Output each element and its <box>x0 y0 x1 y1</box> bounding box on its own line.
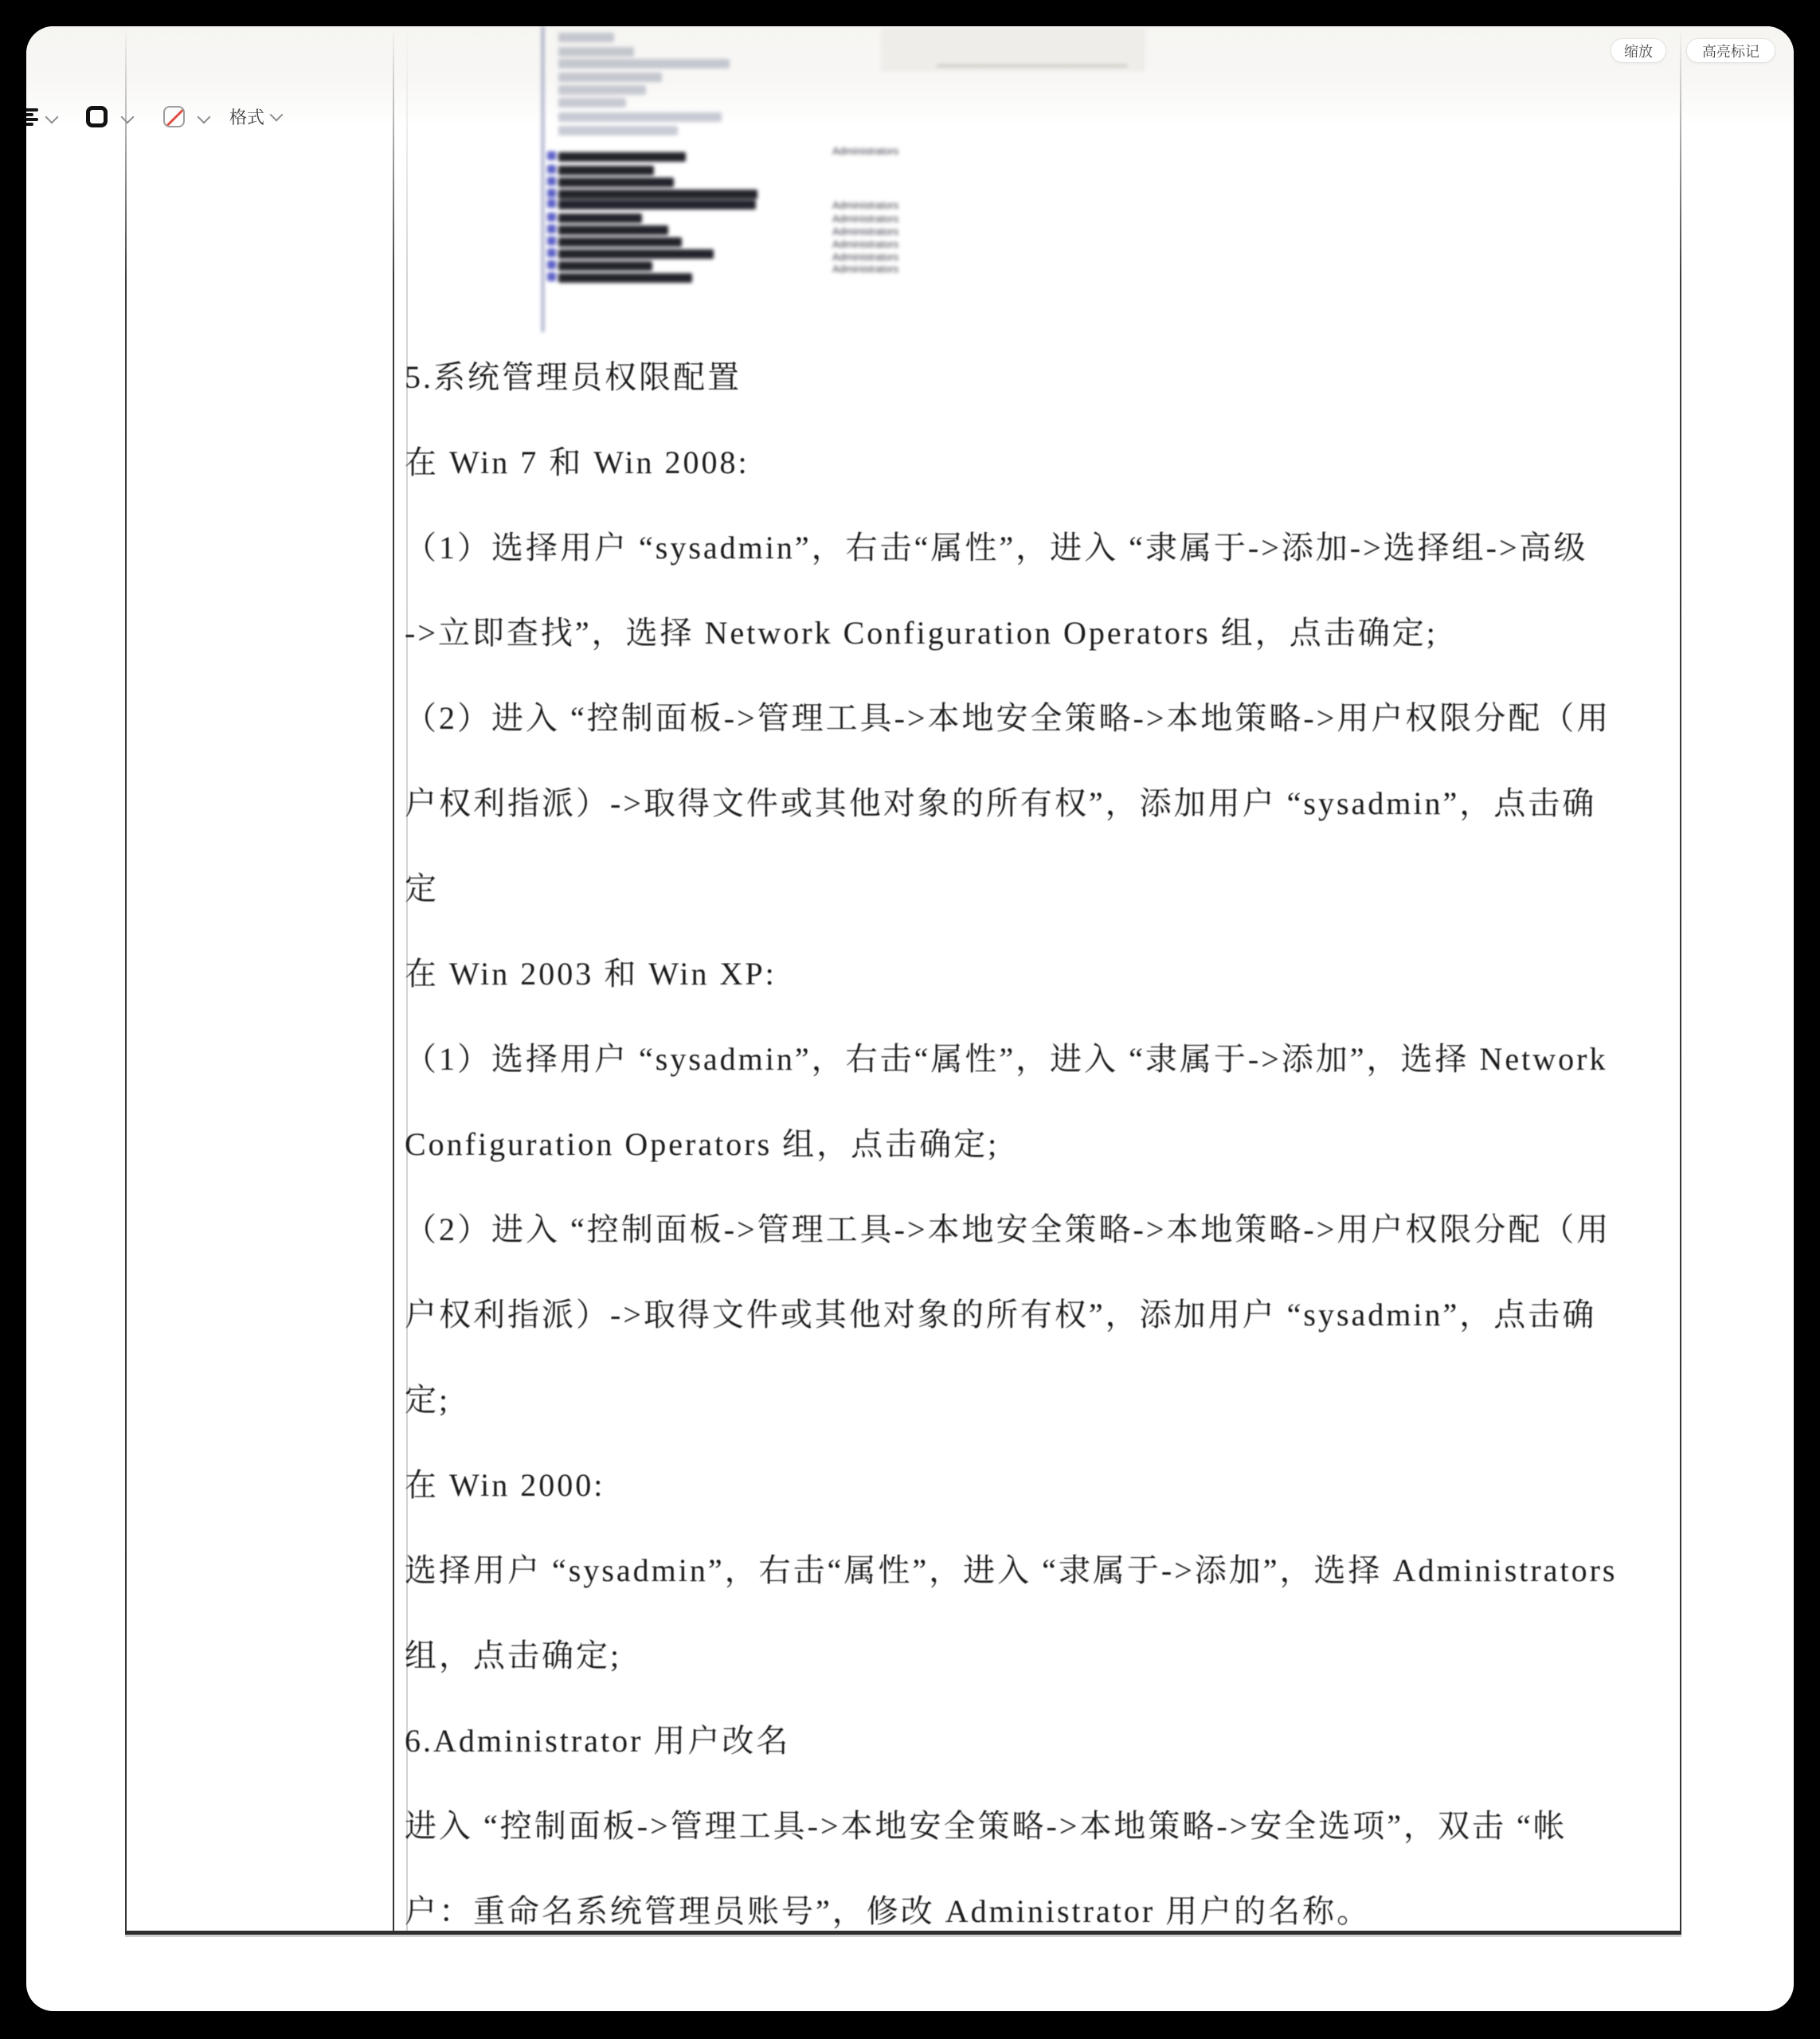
policy-item-icon <box>547 165 556 174</box>
embedded-screenshot-row <box>558 59 730 68</box>
embedded-screenshot-row <box>558 112 722 122</box>
policy-item-icon <box>547 189 556 198</box>
embedded-screenshot-row <box>558 225 668 235</box>
embedded-screenshot-value: Administrators <box>832 239 898 250</box>
embedded-screenshot-row <box>558 72 662 82</box>
policy-item-icon <box>547 249 556 257</box>
list-icon-bar <box>26 118 38 121</box>
embedded-screenshot-row <box>558 190 757 199</box>
document-line: 在 Win 2000: <box>405 1442 1689 1528</box>
document-line: 选择用户 “sysadmin”，右击“属性”，进入 “隶属于->添加”，选择 A… <box>405 1528 1689 1613</box>
document-line: ->立即查找”，选择 Network Configuration Operato… <box>405 590 1689 675</box>
policy-item-icon <box>547 199 556 208</box>
embedded-screenshot-content: AdministratorsAdministratorsAdministrato… <box>514 26 1151 339</box>
highlight-marker-button[interactable]: 高亮标记 <box>1686 38 1775 63</box>
policy-item-icon <box>547 225 556 233</box>
embedded-screenshot-value: Administrators <box>832 213 898 225</box>
embedded-screenshot-row <box>558 273 692 283</box>
document-line: 定 <box>405 846 1689 931</box>
document-line: 在 Win 2003 和 Win XP: <box>405 931 1689 1016</box>
embedded-screenshot: AdministratorsAdministratorsAdministrato… <box>514 26 1151 339</box>
embedded-screenshot-row <box>558 152 686 162</box>
embedded-screenshot-value: Administrators <box>832 146 898 157</box>
policy-item-icon <box>547 177 556 186</box>
document-line: 定; <box>405 1357 1689 1442</box>
policy-item-icon <box>547 213 556 221</box>
embedded-screenshot-value: Administrators <box>832 252 898 263</box>
document-line: Configuration Operators 组，点击确定; <box>405 1102 1689 1187</box>
zoom-button[interactable]: 缩放 <box>1611 38 1666 63</box>
embedded-screenshot-row <box>558 178 674 187</box>
embedded-screenshot-panel-edge <box>542 26 544 332</box>
embedded-screenshot-row <box>558 237 682 247</box>
list-icon-bar <box>26 123 33 126</box>
policy-item-icon <box>547 151 556 160</box>
document-text: 5.系统管理员权限配置在 Win 7 和 Win 2008:（1）选择用户 “s… <box>405 335 1689 1954</box>
table-left-border <box>125 26 127 1934</box>
table-column-divider <box>393 26 394 1934</box>
app-window: AdministratorsAdministratorsAdministrato… <box>26 26 1794 2011</box>
format-menu-button[interactable]: 格式 <box>229 104 281 129</box>
policy-item-icon <box>547 237 556 245</box>
document-line: 户权利指派）->取得文件或其他对象的所有权”，添加用户 “sysadmin”，点… <box>405 761 1689 846</box>
border-style-icon[interactable] <box>86 106 108 127</box>
document-line: 户权利指派）->取得文件或其他对象的所有权”，添加用户 “sysadmin”，点… <box>405 1272 1689 1357</box>
embedded-screenshot-row <box>558 166 654 175</box>
document-line: （1）选择用户 “sysadmin”，右击“属性”，进入 “隶属于->添加->选… <box>405 505 1689 590</box>
no-fill-slash <box>165 107 185 127</box>
embedded-screenshot-value: Administrators <box>832 264 898 275</box>
list-icon-bar <box>26 108 38 112</box>
embedded-screenshot-row <box>558 261 652 271</box>
chevron-down-icon <box>270 108 284 121</box>
document-line: （2）进入 “控制面板->管理工具->本地安全策略->本地策略->用户权限分配（… <box>405 1187 1689 1272</box>
document-line: （1）选择用户 “sysadmin”，右击“属性”，进入 “隶属于->添加”，选… <box>405 1016 1689 1102</box>
document-line: 进入 “控制面板->管理工具->本地安全策略->本地策略->安全选项”，双击 “… <box>405 1783 1689 1869</box>
embedded-screenshot-gray-panel <box>881 29 1145 72</box>
embedded-screenshot-row <box>558 85 646 95</box>
list-icon[interactable] <box>26 107 38 127</box>
policy-item-icon <box>547 272 556 281</box>
embedded-screenshot-row <box>558 126 678 135</box>
screenshot-frame: { "app": { "toolbar": { "format_label": … <box>0 0 1820 2039</box>
embedded-screenshot-row <box>558 33 614 42</box>
embedded-screenshot-row <box>558 98 626 108</box>
no-fill-icon[interactable] <box>163 106 185 127</box>
embedded-screenshot-row <box>558 47 634 57</box>
embedded-screenshot-scribble <box>937 65 1128 67</box>
document-line: 6.Administrator 用户改名 <box>405 1698 1689 1783</box>
list-icon-bar <box>26 113 33 116</box>
document-line: （2）进入 “控制面板->管理工具->本地安全策略->本地策略->用户权限分配（… <box>405 675 1689 761</box>
policy-item-icon <box>547 260 556 269</box>
embedded-screenshot-row <box>558 213 642 223</box>
format-menu-label: 格式 <box>229 104 264 129</box>
embedded-screenshot-row <box>558 249 714 259</box>
embedded-screenshot-value: Administrators <box>832 226 898 237</box>
embedded-screenshot-value: Administrators <box>832 200 898 211</box>
document-line: 在 Win 7 和 Win 2008: <box>405 420 1689 505</box>
embedded-screenshot-row <box>558 200 756 209</box>
document-line: 5.系统管理员权限配置 <box>405 335 1689 420</box>
document-line: 户：重命名系统管理员账号”，修改 Administrator 用户的名称。 <box>405 1869 1689 1954</box>
document-line: 组，点击确定; <box>405 1613 1689 1698</box>
